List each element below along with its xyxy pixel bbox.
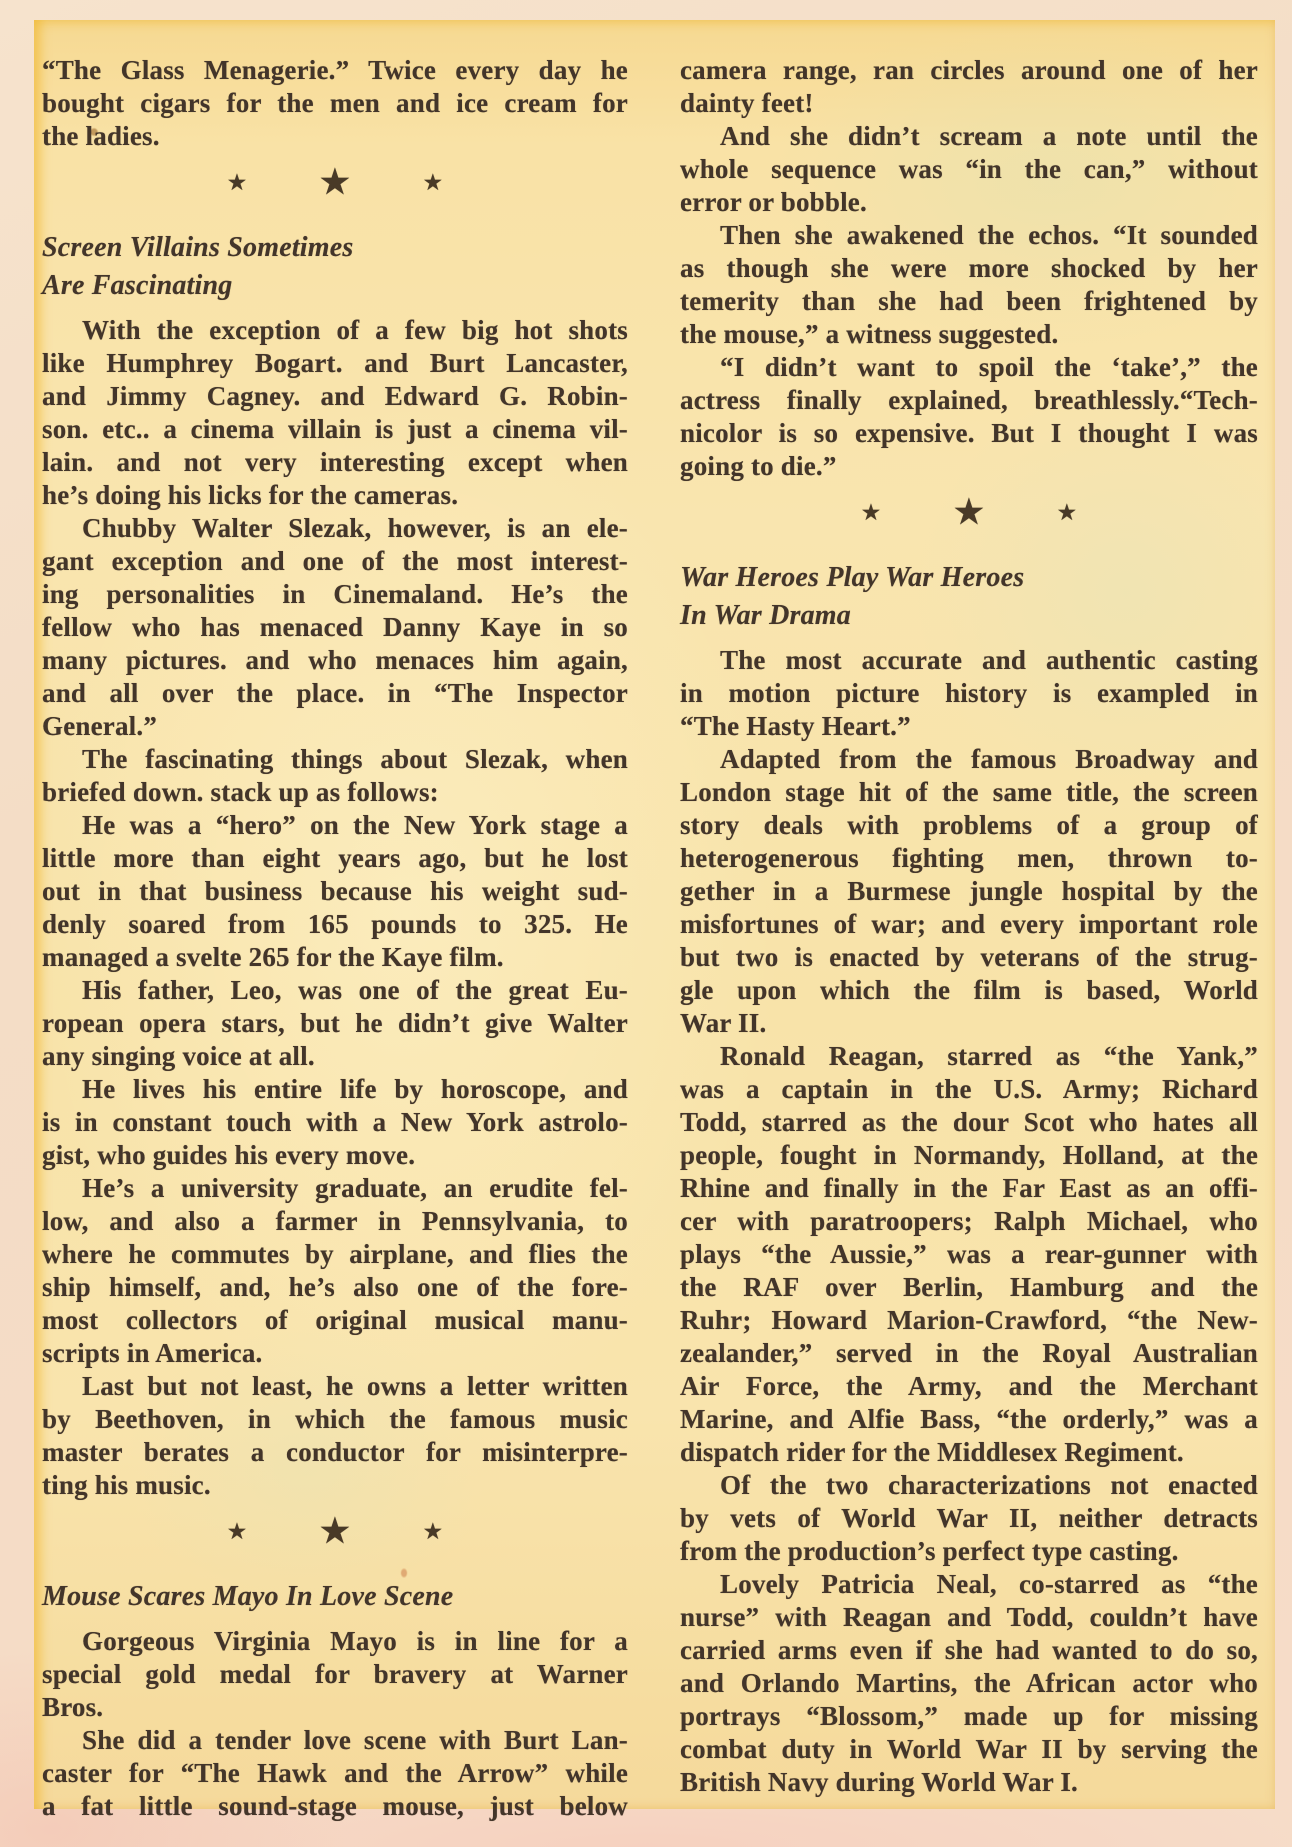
paragraph: “I didn’t want to spoil the ‘take’,” the… bbox=[680, 351, 1258, 483]
text-line: and Jimmy Cagney. and Edward G. Robin- bbox=[42, 380, 628, 413]
text-line: the RAF over Berlin, Hamburg and the bbox=[680, 1271, 1258, 1304]
text-line: “I didn’t want to spoil the ‘take’,” the bbox=[680, 351, 1258, 384]
text-line: whole sequence was “in the can,” without bbox=[680, 153, 1258, 186]
text-column-right: camera range, ran circles around one of … bbox=[680, 54, 1258, 1799]
text-line: the mouse,” a witness suggested. bbox=[680, 318, 1258, 351]
article-heading-line: Screen Villains Sometimes bbox=[42, 229, 628, 267]
text-line: He lives his entire life by horoscope, a… bbox=[42, 1073, 628, 1106]
paragraph: “The Glass Menagerie.” Twice every day h… bbox=[42, 54, 628, 153]
text-line: Todd, starred as the dour Scot who hates… bbox=[680, 1106, 1258, 1139]
star-icon: ★ bbox=[862, 503, 880, 523]
star-icon: ★ bbox=[1058, 503, 1076, 523]
paragraph: The most accurate and authentic castingi… bbox=[680, 644, 1258, 743]
text-line: error or bobble. bbox=[680, 186, 1258, 219]
text-line: London stage hit of the same title, the … bbox=[680, 776, 1258, 809]
article-heading: War Heroes Play War HeroesIn War Drama bbox=[680, 559, 1258, 635]
text-line: Gorgeous Virginia Mayo is in line for a bbox=[42, 1625, 628, 1658]
text-line: from the production’s perfect type casti… bbox=[680, 1535, 1258, 1568]
text-line: And she didn’t scream a note until the bbox=[680, 120, 1258, 153]
paragraph: With the exception of a few big hot shot… bbox=[42, 314, 628, 512]
star-icon: ★ bbox=[320, 1516, 350, 1549]
text-line: He was a “hero” on the New York stage a bbox=[42, 809, 628, 842]
paragraph: The fascinating things about Slezak, whe… bbox=[42, 743, 628, 809]
paragraph: camera range, ran circles around one of … bbox=[680, 54, 1258, 120]
text-line: Then she awakened the echos. “It sounded bbox=[680, 219, 1258, 252]
article-heading-line: Are Fascinating bbox=[42, 267, 628, 305]
text-line: story deals with problems of a group of bbox=[680, 809, 1258, 842]
section-divider: ★★★ bbox=[42, 165, 628, 201]
text-line: Rhine and finally in the Far East as an … bbox=[680, 1172, 1258, 1205]
section-divider: ★★★ bbox=[42, 1514, 628, 1550]
text-line: gant exception and one of the most inter… bbox=[42, 545, 628, 578]
text-line: Chubby Walter Slezak, however, is an ele… bbox=[42, 512, 628, 545]
text-line: ropean opera stars, but he didn’t give W… bbox=[42, 1007, 628, 1040]
text-line: General.” bbox=[42, 710, 628, 743]
text-line: Lovely Patricia Neal, co-starred as “the bbox=[680, 1568, 1258, 1601]
text-line: low, and also a farmer in Pennsylvania, … bbox=[42, 1205, 628, 1238]
text-line: Adapted from the famous Broadway and bbox=[680, 743, 1258, 776]
article-heading-line: In War Drama bbox=[680, 597, 1258, 635]
text-line: Ruhr; Howard Marion-Crawford, “the New- bbox=[680, 1304, 1258, 1337]
text-line: British Navy during World War I. bbox=[680, 1766, 1258, 1799]
text-line: most collectors of original musical manu… bbox=[42, 1304, 628, 1337]
paragraph: He was a “hero” on the New York stage al… bbox=[42, 809, 628, 974]
star-icon: ★ bbox=[320, 167, 350, 200]
text-line: dainty feet! bbox=[680, 87, 1258, 120]
paragraph: He lives his entire life by horoscope, a… bbox=[42, 1073, 628, 1172]
star-icon: ★ bbox=[954, 497, 984, 530]
star-icon: ★ bbox=[424, 1522, 442, 1542]
text-line: lain. and not very interesting except wh… bbox=[42, 446, 628, 479]
text-line: War II. bbox=[680, 1007, 1258, 1040]
text-line: temerity than she had been frightened by bbox=[680, 285, 1258, 318]
paragraph: He’s a university graduate, an erudite f… bbox=[42, 1172, 628, 1370]
text-line: special gold medal for bravery at Warner bbox=[42, 1658, 628, 1691]
paragraph: Then she awakened the echos. “It sounded… bbox=[680, 219, 1258, 351]
text-line: “The Glass Menagerie.” Twice every day h… bbox=[42, 54, 628, 87]
text-line: caster for “The Hawk and the Arrow” whil… bbox=[42, 1757, 628, 1790]
star-icon: ★ bbox=[228, 173, 246, 193]
text-line: where he commutes by airplane, and flies… bbox=[42, 1238, 628, 1271]
text-line: The fascinating things about Slezak, whe… bbox=[42, 743, 628, 776]
text-line: ship himself, and, he’s also one of the … bbox=[42, 1271, 628, 1304]
text-line: Marine, and Alfie Bass, “the orderly,” w… bbox=[680, 1403, 1258, 1436]
text-line: Bros. bbox=[42, 1691, 628, 1724]
text-line: people, fought in Normandy, Holland, at … bbox=[680, 1139, 1258, 1172]
text-line: scripts in America. bbox=[42, 1337, 628, 1370]
text-line: briefed down. stack up as follows: bbox=[42, 776, 628, 809]
paragraph: Ronald Reagan, starred as “the Yank,”was… bbox=[680, 1040, 1258, 1469]
text-line: The most accurate and authentic casting bbox=[680, 644, 1258, 677]
magazine-page: “The Glass Menagerie.” Twice every day h… bbox=[34, 20, 1275, 1809]
text-line: and Orlando Martins, the African actor w… bbox=[680, 1667, 1258, 1700]
paragraph: His father, Leo, was one of the great Eu… bbox=[42, 974, 628, 1073]
paragraph: Lovely Patricia Neal, co-starred as “the… bbox=[680, 1568, 1258, 1799]
text-line: gist, who guides his every move. bbox=[42, 1139, 628, 1172]
text-line: He’s a university graduate, an erudite f… bbox=[42, 1172, 628, 1205]
paragraph: She did a tender love scene with Burt La… bbox=[42, 1724, 628, 1823]
text-line: by Beethoven, in which the famous music bbox=[42, 1403, 628, 1436]
text-line: carried arms even if she had wanted to d… bbox=[680, 1634, 1258, 1667]
text-line: With the exception of a few big hot shot… bbox=[42, 314, 628, 347]
paragraph: Adapted from the famous Broadway andLond… bbox=[680, 743, 1258, 1040]
text-line: going to die.” bbox=[680, 450, 1258, 483]
text-line: many pictures. and who menaces him again… bbox=[42, 644, 628, 677]
text-line: Of the two characterizations not enacted bbox=[680, 1469, 1258, 1502]
article-heading-line: Mouse Scares Mayo In Love Scene bbox=[42, 1578, 628, 1616]
text-line: cer with paratroopers; Ralph Michael, wh… bbox=[680, 1205, 1258, 1238]
article-heading: Mouse Scares Mayo In Love Scene bbox=[42, 1578, 628, 1616]
text-line: ing personalities in Cinemaland. He’s th… bbox=[42, 578, 628, 611]
text-line: dispatch rider for the Middlesex Regimen… bbox=[680, 1436, 1258, 1469]
text-line: managed a svelte 265 for the Kaye film. bbox=[42, 941, 628, 974]
text-line: any singing voice at all. bbox=[42, 1040, 628, 1073]
text-line: as though she were more shocked by her bbox=[680, 252, 1258, 285]
text-line: His father, Leo, was one of the great Eu… bbox=[42, 974, 628, 1007]
text-line: is in constant touch with a New York ast… bbox=[42, 1106, 628, 1139]
star-icon: ★ bbox=[424, 173, 442, 193]
text-line: Ronald Reagan, starred as “the Yank,” bbox=[680, 1040, 1258, 1073]
text-line: out in that business because his weight … bbox=[42, 875, 628, 908]
text-line: Last but not least, he owns a letter wri… bbox=[42, 1370, 628, 1403]
text-line: and all over the place. in “The Inspecto… bbox=[42, 677, 628, 710]
text-line: denly soared from 165 pounds to 325. He bbox=[42, 908, 628, 941]
paragraph: Last but not least, he owns a letter wri… bbox=[42, 1370, 628, 1502]
text-line: in motion picture history is exampled in bbox=[680, 677, 1258, 710]
text-line: portrays “Blossom,” made up for missing bbox=[680, 1700, 1258, 1733]
section-divider: ★★★ bbox=[680, 495, 1258, 531]
text-line: actress finally explained, breathlessly.… bbox=[680, 384, 1258, 417]
text-line: master berates a conductor for misinterp… bbox=[42, 1436, 628, 1469]
text-column-left: “The Glass Menagerie.” Twice every day h… bbox=[42, 54, 628, 1823]
text-line: zealander,” served in the Royal Australi… bbox=[680, 1337, 1258, 1370]
text-line: Air Force, the Army, and the Merchant bbox=[680, 1370, 1258, 1403]
text-line: little more than eight years ago, but he… bbox=[42, 842, 628, 875]
text-line: gether in a Burmese jungle hospital by t… bbox=[680, 875, 1258, 908]
scanned-page-background: “The Glass Menagerie.” Twice every day h… bbox=[0, 0, 1292, 1847]
text-line: ting his music. bbox=[42, 1469, 628, 1502]
text-line: by vets of World War II, neither detract… bbox=[680, 1502, 1258, 1535]
text-line: heterogenerous fighting men, thrown to- bbox=[680, 842, 1258, 875]
text-line: misfortunes of war; and every important … bbox=[680, 908, 1258, 941]
text-line: “The Hasty Heart.” bbox=[680, 710, 1258, 743]
paragraph: Gorgeous Virginia Mayo is in line for as… bbox=[42, 1625, 628, 1724]
text-line: he’s doing his licks for the cameras. bbox=[42, 479, 628, 512]
paragraph: Of the two characterizations not enacted… bbox=[680, 1469, 1258, 1568]
text-line: nicolor is so expensive. But I thought I… bbox=[680, 417, 1258, 450]
text-line: the ladies. bbox=[42, 120, 628, 153]
text-line: She did a tender love scene with Burt La… bbox=[42, 1724, 628, 1757]
text-line: plays “the Aussie,” was a rear-gunner wi… bbox=[680, 1238, 1258, 1271]
paragraph: And she didn’t scream a note until thewh… bbox=[680, 120, 1258, 219]
star-icon: ★ bbox=[228, 1522, 246, 1542]
text-line: was a captain in the U.S. Army; Richard bbox=[680, 1073, 1258, 1106]
text-line: like Humphrey Bogart. and Burt Lancaster… bbox=[42, 347, 628, 380]
text-line: bought cigars for the men and ice cream … bbox=[42, 87, 628, 120]
text-line: but two is enacted by veterans of the st… bbox=[680, 941, 1258, 974]
text-line: son. etc.. a cinema villain is just a ci… bbox=[42, 413, 628, 446]
article-heading: Screen Villains SometimesAre Fascinating bbox=[42, 229, 628, 305]
article-heading-line: War Heroes Play War Heroes bbox=[680, 559, 1258, 597]
text-line: camera range, ran circles around one of … bbox=[680, 54, 1258, 87]
text-line: combat duty in World War II by serving t… bbox=[680, 1733, 1258, 1766]
text-line: a fat little sound-stage mouse, just bel… bbox=[42, 1790, 628, 1823]
text-line: fellow who has menaced Danny Kaye in so bbox=[42, 611, 628, 644]
text-line: gle upon which the film is based, World bbox=[680, 974, 1258, 1007]
paragraph: Chubby Walter Slezak, however, is an ele… bbox=[42, 512, 628, 743]
text-line: nurse” with Reagan and Todd, couldn’t ha… bbox=[680, 1601, 1258, 1634]
